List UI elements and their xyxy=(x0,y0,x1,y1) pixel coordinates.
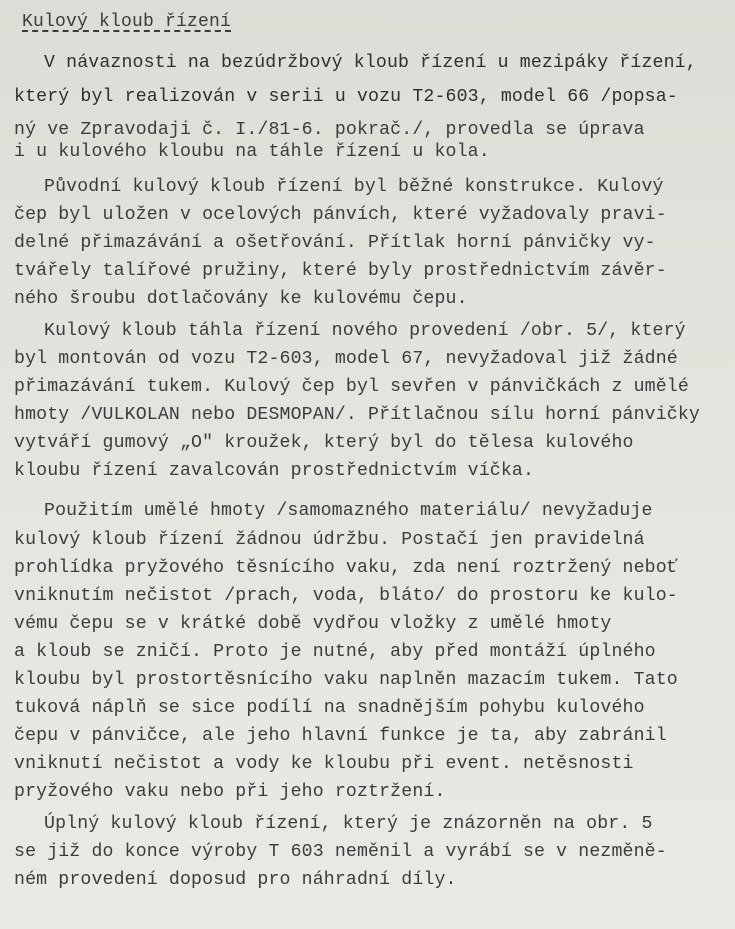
text-line: vému čepu se v krátké době vydřou vložky… xyxy=(14,614,611,634)
text-line: kloubu řízení zavalcován prostřednictvím… xyxy=(14,461,534,481)
text-line: pryžového vaku nebo při jeho roztržení. xyxy=(14,782,446,802)
text-line: prohlídka pryžového těsnícího vaku, zda … xyxy=(14,558,678,578)
text-line: tvářely talířové pružiny, které byly pro… xyxy=(14,261,667,281)
document-title: Kulový kloub řízení xyxy=(22,12,231,32)
text-line: ného šroubu dotlačovány ke kulovému čepu… xyxy=(14,289,468,309)
text-line: se již do konce výroby T 603 neměnil a v… xyxy=(14,842,667,862)
text-line: delné přimazávání a ošetřování. Přítlak … xyxy=(14,233,656,253)
text-line: vniknutí nečistot a vody ke kloubu při e… xyxy=(14,754,634,774)
text-line: Úplný kulový kloub řízení, který je znáz… xyxy=(44,814,653,834)
text-line: čep byl uložen v ocelových pánvích, kter… xyxy=(14,205,667,225)
text-line: Kulový kloub táhla řízení nového provede… xyxy=(44,321,686,341)
text-line: vytváří gumový „O" kroužek, který byl do… xyxy=(14,433,634,453)
text-line: tuková náplň se sice podílí na snadnější… xyxy=(14,698,645,718)
text-line: který byl realizován v serii u vozu T2-6… xyxy=(14,87,678,107)
typewritten-page: Kulový kloub řízení V návaznosti na bezú… xyxy=(0,0,735,929)
text-line: ný ve Zpravodaji č. I./81-6. pokrač./, p… xyxy=(14,120,645,140)
text-line: čepu v pánvičce, ale jeho hlavní funkce … xyxy=(14,726,667,746)
text-line: hmoty /VULKOLAN nebo DESMOPAN/. Přítlačn… xyxy=(14,405,700,425)
text-line: kulový kloub řízení žádnou údržbu. Posta… xyxy=(14,530,645,550)
text-line: byl montován od vozu T2-603, model 67, n… xyxy=(14,349,678,369)
text-line: Použitím umělé hmoty /samomazného materi… xyxy=(44,501,653,521)
text-line: i u kulového kloubu na táhle řízení u ko… xyxy=(14,142,490,162)
text-line: Původní kulový kloub řízení byl běžné ko… xyxy=(44,177,664,197)
text-line: vniknutím nečistot /prach, voda, bláto/ … xyxy=(14,586,678,606)
text-line: kloubu byl prostortěsnícího vaku naplněn… xyxy=(14,670,678,690)
text-line: ném provedení doposud pro náhradní díly. xyxy=(14,870,457,890)
text-line: přimazávání tukem. Kulový čep byl sevřen… xyxy=(14,377,689,397)
text-line: a kloub se zničí. Proto je nutné, aby př… xyxy=(14,642,656,662)
text-line: V návaznosti na bezúdržbový kloub řízení… xyxy=(44,53,697,73)
